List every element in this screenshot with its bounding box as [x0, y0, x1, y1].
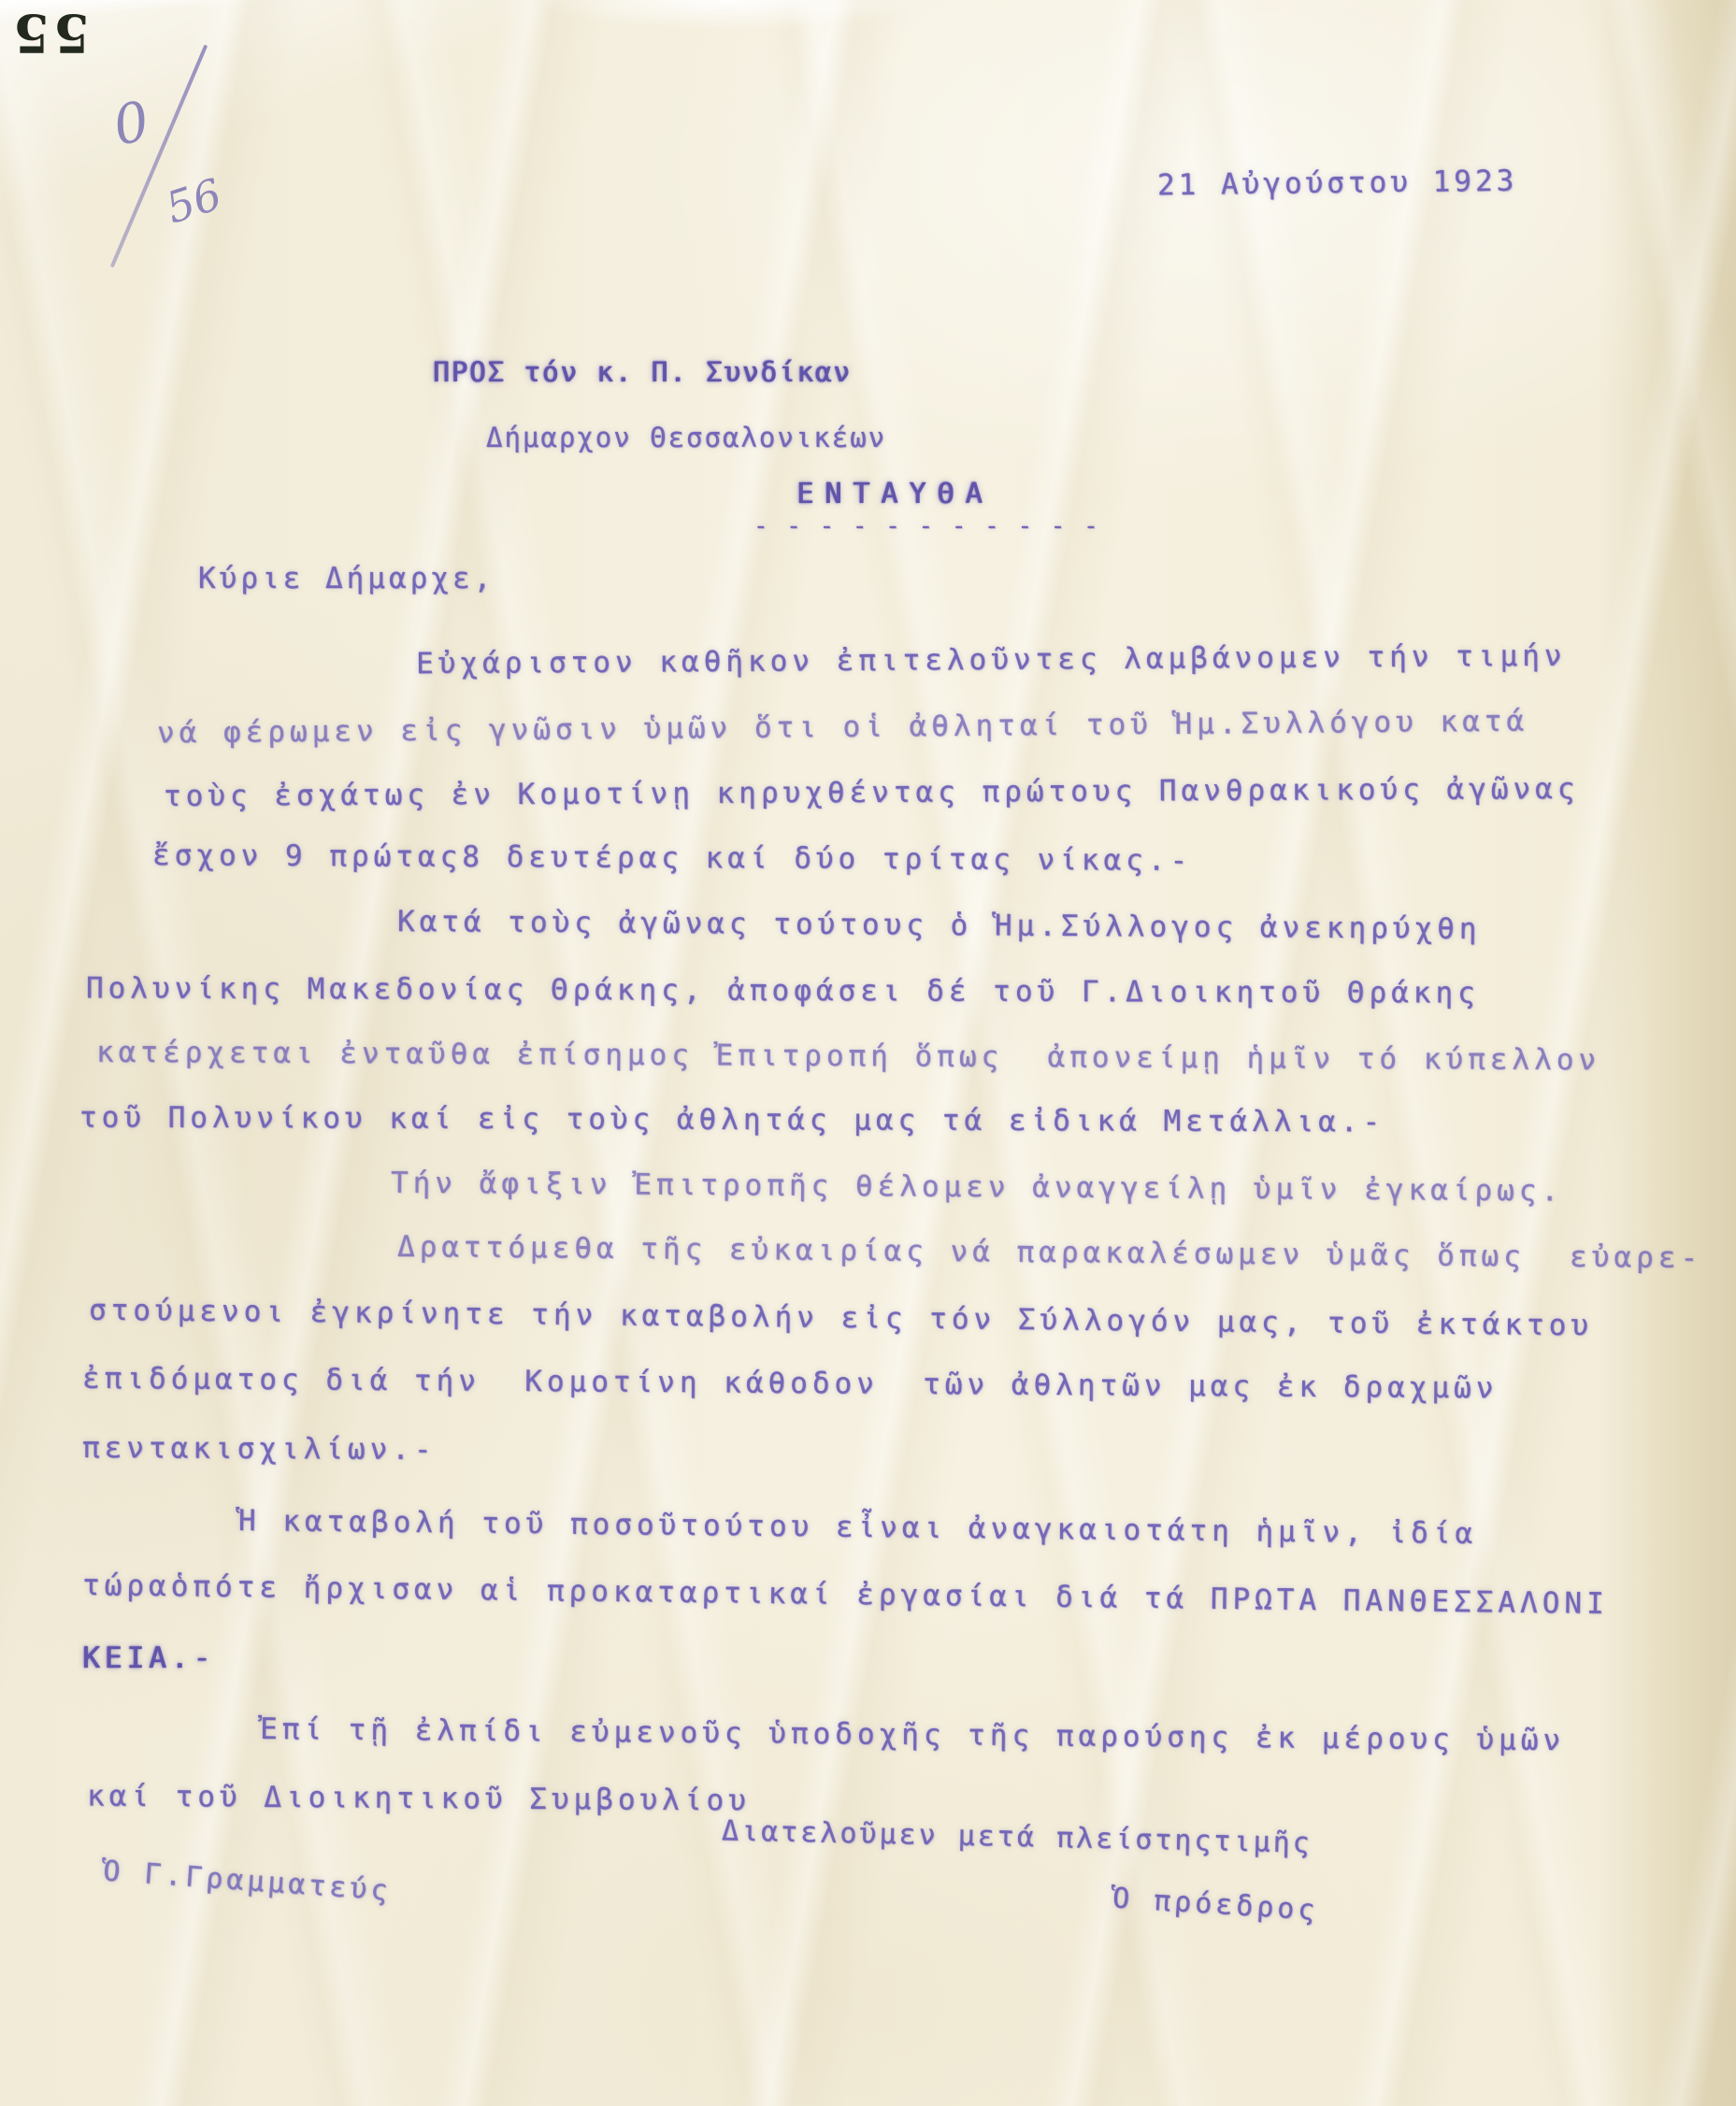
- body-line: ἔσχον 9 πρώτας8 δευτέρας καί δύο τρίτας …: [152, 838, 1192, 878]
- handwritten-ref-denominator: 56: [160, 168, 227, 233]
- letter-page: 55 0 56 21 Αὐγούστου 1923 ΠΡΟΣ τόν κ. Π.…: [0, 0, 1736, 2106]
- body-line: καί τοῦ Διοικητικοῦ Συμβουλίου: [87, 1780, 751, 1818]
- recipient-title-line: Δήμαρχον Θεσσαλονικέων: [486, 422, 886, 453]
- body-line: ἐπιδόματος διά τήν Κομοτίνη κάθοδον τῶν …: [82, 1362, 1499, 1406]
- body-line: τοὺς ἐσχάτως ἐν Κομοτίνῃ κηρυχθέντας πρώ…: [164, 772, 1580, 813]
- body-line: Εὐχάριστον καθῆκον ἐπιτελοῦντες λαμβάνομ…: [416, 639, 1567, 681]
- body-line: ΚΕΙΑ.-: [82, 1641, 215, 1675]
- signature-president: Ὁ πρόεδρος: [1112, 1882, 1319, 1927]
- body-line: Κατά τοὺς ἀγῶνας τούτους ὁ Ἡμ.Σύλλογος ἀ…: [397, 905, 1482, 946]
- date-line: 21 Αὐγούστου 1923: [1157, 165, 1518, 203]
- body-line: Ἡ καταβολή τοῦ ποσοῦτούτου εἶναι ἀναγκαι…: [238, 1504, 1477, 1551]
- body-line: τοῦ Πολυνίκου καί εἰς τοὺς ἀθλητάς μας τ…: [79, 1101, 1384, 1139]
- paper-torn-edge: [0, 0, 1736, 65]
- body-line: πεντακισχιλίων.-: [82, 1431, 437, 1467]
- body-line: Τήν ἄφιξιν Ἐπιτροπῆς θέλομεν ἀναγγείλῃ ὑ…: [391, 1167, 1563, 1209]
- signature-secretary: Ὁ Γ.Γραμματεύς: [102, 1855, 393, 1907]
- location-heading: ΕΝΤΑΥΘΑ: [796, 478, 993, 510]
- body-line: Ἐπί τῇ ἐλπίδι εὐμενοῦς ὑποδοχῆς τῆς παρο…: [260, 1712, 1565, 1757]
- body-line: στούμενοι ἐγκρίνητε τήν καταβολήν εἰς τό…: [89, 1294, 1593, 1343]
- body-line: τώραὁπότε ἤρχισαν αἱ προκαταρτικαί ἐργασ…: [82, 1569, 1609, 1621]
- closing-phrase: Διατελοῦμεν μετά πλείστηςτιμῆς: [722, 1814, 1313, 1859]
- location-dashed-underline: - - - - - - - - - - -: [753, 512, 1100, 540]
- salutation: Κύριε Δήμαρχε,: [198, 562, 495, 595]
- body-line: νά φέρωμεν εἰς γνῶσιν ὑμῶν ὅτι οἱ ἀθλητα…: [157, 705, 1528, 751]
- body-line: κατέρχεται ἐνταῦθα ἐπίσημος Ἐπιτροπή ὅπω…: [96, 1036, 1600, 1077]
- handwritten-ref-numerator: 0: [108, 89, 154, 158]
- page-number-stamp: 55: [9, 2, 90, 64]
- body-line: Δραττόμεθα τῆς εὐκαιρίας νά παρακαλέσωμε…: [397, 1230, 1702, 1275]
- body-line: Πολυνίκης Μακεδονίας Θράκης, ἀποφάσει δέ…: [86, 971, 1480, 1010]
- recipient-name-line: ΠΡΟΣ τόν κ. Π. Συνδίκαν: [433, 356, 852, 388]
